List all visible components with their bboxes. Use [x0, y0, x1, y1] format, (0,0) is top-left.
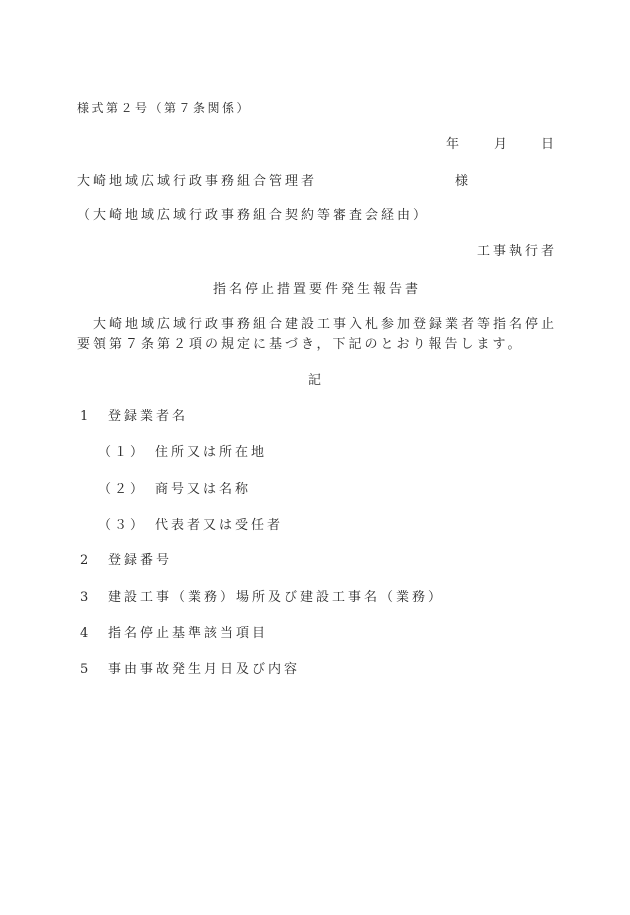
- date-day: 日: [541, 136, 557, 154]
- item-label: 登録業者名: [108, 408, 188, 426]
- item-number: 2: [80, 552, 91, 570]
- item-label: 指名停止基準該当項目: [108, 625, 268, 643]
- item-label: 事由事故発生月日及び内容: [108, 661, 300, 679]
- subitem-label: 住所又は所在地: [155, 444, 267, 462]
- honorific: 様: [455, 173, 471, 191]
- body-line-1: 大崎地域広域行政事務組合建設工事入札参加登録業者等指名停止: [93, 316, 557, 334]
- item-number: 5: [80, 661, 91, 679]
- document-title: 指名停止措置要件発生報告書: [213, 281, 421, 299]
- ki-label: 記: [308, 372, 324, 390]
- date-year: 年: [446, 136, 462, 154]
- item-label: 建設工事（業務）場所及び建設工事名（業務）: [108, 589, 444, 607]
- addressee: 大崎地域広域行政事務組合管理者: [77, 173, 317, 191]
- body-line-2: 要領第７条第２項の規定に基づき，下記のとおり報告します。: [77, 336, 523, 354]
- form-number: 様式第２号（第７条関係）: [77, 99, 251, 117]
- date-month: 月: [494, 136, 510, 154]
- subitem-number: （２）: [98, 481, 146, 499]
- subitem-label: 商号又は名称: [155, 481, 251, 499]
- via-line: （大崎地域広域行政事務組合契約等審査会経由）: [77, 207, 429, 225]
- subitem-label: 代表者又は受任者: [155, 517, 283, 535]
- item-number: 4: [80, 625, 91, 643]
- subitem-number: （１）: [98, 444, 146, 462]
- subitem-number: （３）: [98, 517, 146, 535]
- item-label: 登録番号: [108, 552, 172, 570]
- item-number: 3: [80, 589, 91, 607]
- item-number: 1: [80, 408, 91, 426]
- sender: 工事執行者: [477, 243, 557, 261]
